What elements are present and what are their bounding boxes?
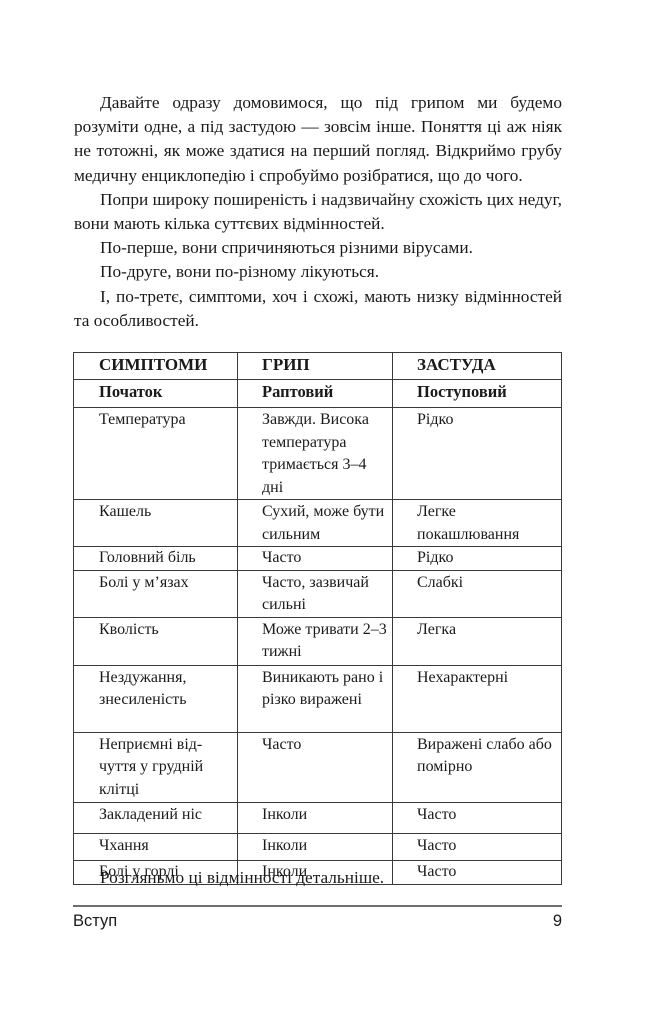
footer-divider — [73, 905, 562, 907]
cell: Нездужання, знесиленість — [74, 665, 238, 732]
paragraph: І, по-третє, симптоми, хоч і схожі, мают… — [74, 285, 562, 333]
cell: Легке покашлювання — [393, 500, 562, 547]
header-flu: ГРИП — [238, 353, 393, 380]
cell: Може тривати 2–3 тижні — [238, 617, 393, 665]
cell: Завжди. Висока темпера­тура трима­ється … — [238, 408, 393, 500]
table-row: Кволість Може тривати 2–3 тижні Легка — [74, 617, 562, 665]
paragraph: Давайте одразу домовимося, що під грипом… — [74, 91, 562, 188]
cell: Раптовий — [238, 380, 393, 408]
cell: Часто — [238, 732, 393, 802]
cell: Сухий, може бути сильним — [238, 500, 393, 547]
cell: Рідко — [393, 408, 562, 500]
symptoms-table: СИМПТОМИ ГРИП ЗАСТУДА Початок Раптовий П… — [73, 352, 562, 885]
cell: Часто — [238, 547, 393, 571]
cell: Неприємні від­чуття у грудній клітці — [74, 732, 238, 802]
cell: Чхання — [74, 833, 238, 860]
table-row: Головний біль Часто Рідко — [74, 547, 562, 571]
cell: Часто — [393, 802, 562, 833]
intro-text: Давайте одразу домовимося, що під грипом… — [74, 91, 562, 333]
table-row-onset: Початок Раптовий Поступовий — [74, 380, 562, 408]
cell: Часто — [393, 860, 562, 884]
table-row: Закладений ніс Інколи Часто — [74, 802, 562, 833]
table-row: Температура Завжди. Висока темпера­тура … — [74, 408, 562, 500]
paragraph: По-перше, вони спричиняються різними вір… — [74, 236, 562, 260]
cell: Початок — [74, 380, 238, 408]
cell: Слабкі — [393, 570, 562, 617]
table-header-row: СИМПТОМИ ГРИП ЗАСТУДА — [74, 353, 562, 380]
cell: Температура — [74, 408, 238, 500]
cell: Легка — [393, 617, 562, 665]
cell: Болі у м’язах — [74, 570, 238, 617]
cell: Інколи — [238, 802, 393, 833]
cell: Закладений ніс — [74, 802, 238, 833]
page-footer: Вступ 9 — [73, 909, 562, 933]
closing-sentence: Розгляньмо ці відмінності детальніше. — [100, 866, 384, 890]
table-row: Неприємні від­чуття у грудній клітці Час… — [74, 732, 562, 802]
cell: Кашель — [74, 500, 238, 547]
cell: Головний біль — [74, 547, 238, 571]
cell: Нехарактерні — [393, 665, 562, 732]
table-row: Нездужання, знесиленість Виникають рано … — [74, 665, 562, 732]
cell: Виникають рано і різко виражені — [238, 665, 393, 732]
page-number: 9 — [553, 909, 562, 933]
table-row: Чхання Інколи Часто — [74, 833, 562, 860]
cell: Часто, зазви­чай сильні — [238, 570, 393, 617]
header-symptoms: СИМПТОМИ — [74, 353, 238, 380]
paragraph: По-друге, вони по-різному лікуються. — [74, 260, 562, 284]
cell: Виражені слабо або помірно — [393, 732, 562, 802]
cell: Часто — [393, 833, 562, 860]
paragraph: Попри широку поширеність і надзвичайну с… — [74, 188, 562, 236]
running-footer-section: Вступ — [73, 909, 117, 933]
table-row: Болі у м’язах Часто, зазви­чай сильні Сл… — [74, 570, 562, 617]
cell: Кволість — [74, 617, 238, 665]
cell: Рідко — [393, 547, 562, 571]
cell: Поступовий — [393, 380, 562, 408]
cell: Інколи — [238, 833, 393, 860]
header-cold: ЗАСТУДА — [393, 353, 562, 380]
table-row: Кашель Сухий, може бути сильним Легке по… — [74, 500, 562, 547]
